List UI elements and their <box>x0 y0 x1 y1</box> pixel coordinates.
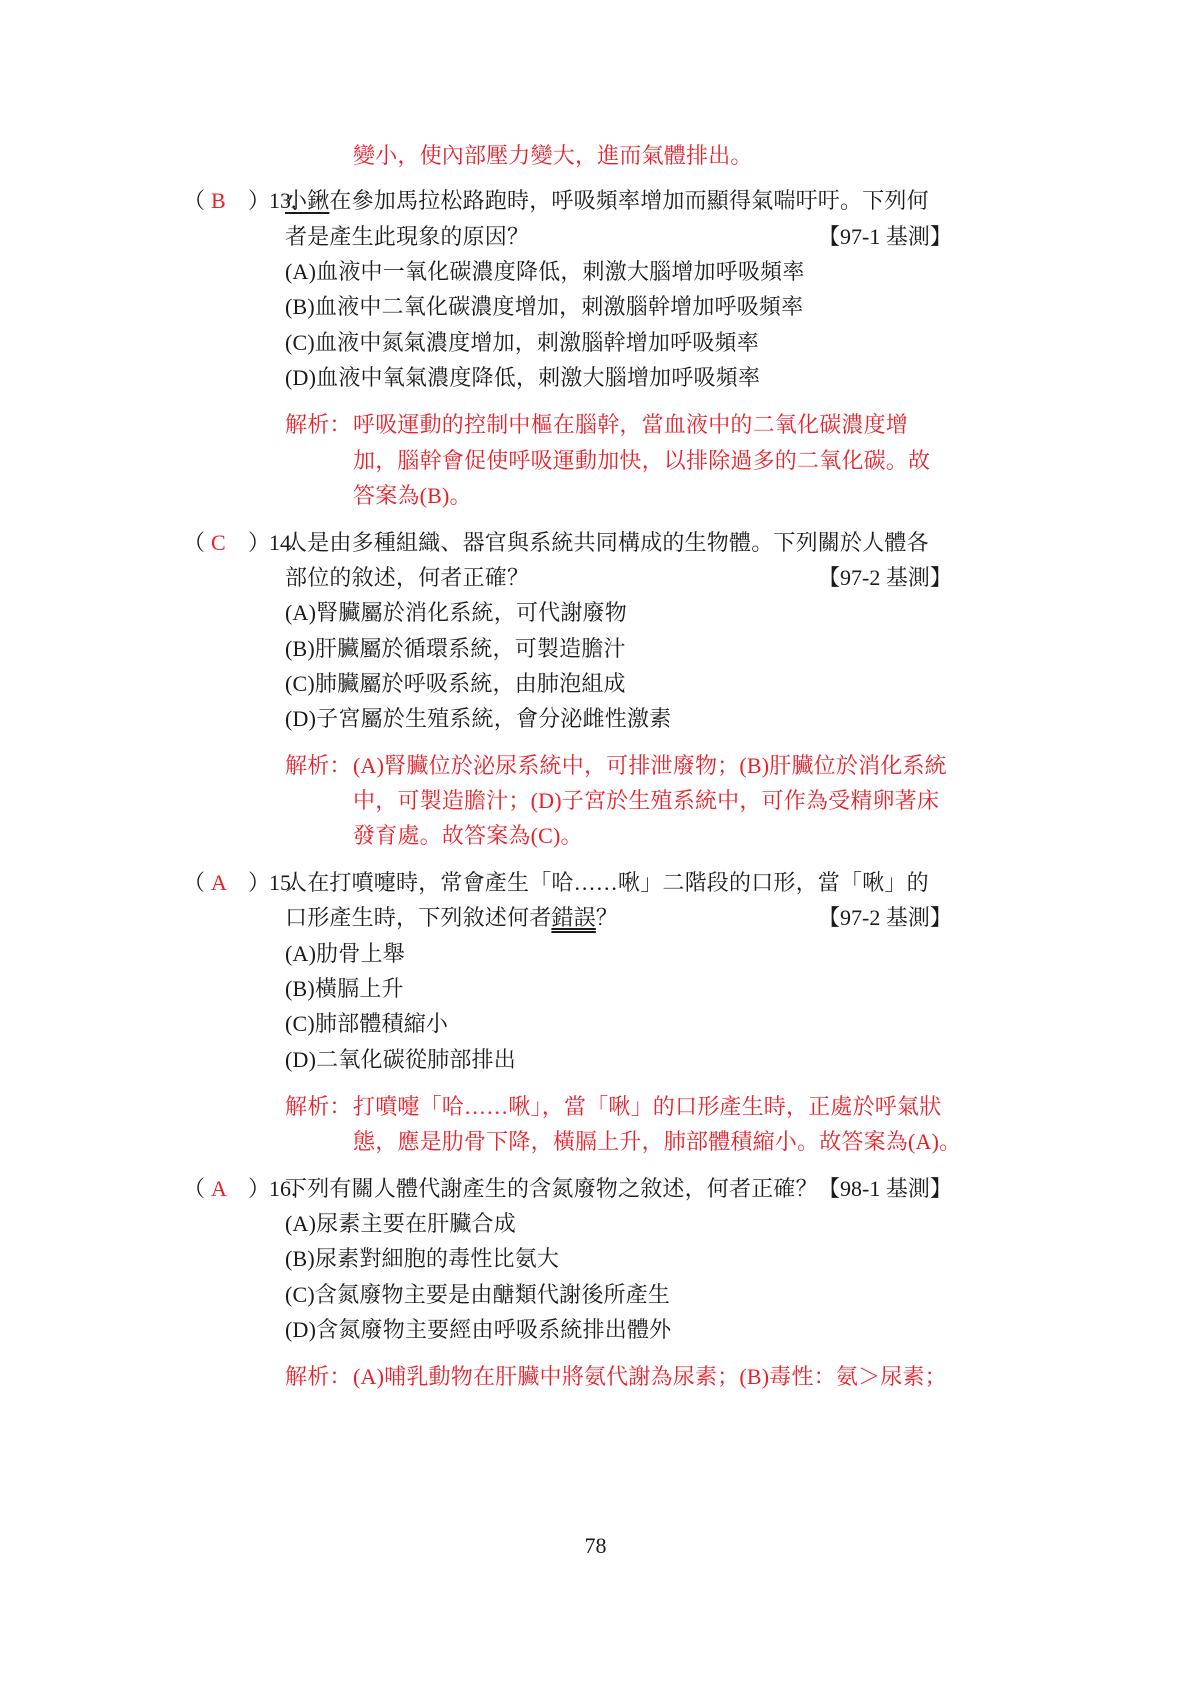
question-15-explanation-line1: 打噴嚏「哈……啾」，當「啾」的口形產生時，正處於呼氣狀 <box>353 1092 941 1122</box>
question-13-option-b: (B)血液中二氧化碳濃度增加，刺激腦幹增加呼吸頻率 <box>285 292 803 322</box>
question-14-header: （ C ） 14. <box>183 528 293 558</box>
underlined-name: 小鍬 <box>285 188 329 213</box>
question-15-stem-line1: 人在打噴嚏時，常會產生「哈……啾」二階段的口形，當「啾」的 <box>285 868 929 898</box>
question-14-stem-line1: 人是由多種組織、器官與系統共同構成的生物體。下列關於人體各 <box>285 528 929 558</box>
question-14-explanation-line2: 中，可製造膽汁；(D)子宮於生殖系統中，可作為受精卵著床 <box>353 786 939 816</box>
paren-open: （ <box>183 1174 205 1204</box>
question-13-stem-line1: 小鍬在參加馬拉松路跑時，呼吸頻率增加而顯得氣喘吁吁。下列何 <box>285 186 929 216</box>
question-15-option-a: (A)肋骨上舉 <box>285 939 405 969</box>
question-16-option-c: (C)含氮廢物主要是由醣類代謝後所產生 <box>285 1280 670 1310</box>
question-13-explanation-line3: 答案為(B)。 <box>353 481 472 511</box>
paren-open: （ <box>183 186 205 216</box>
emphasis-wrong: 錯誤 <box>551 905 595 930</box>
paren-open: （ <box>183 528 205 558</box>
document-page: 變小，使內部壓力變大，進而氣體排出。 （ B ） 13. 小鍬在參加馬拉松路跑時… <box>0 0 1191 1684</box>
question-16-stem-line1: 下列有關人體代謝產生的含氮廢物之敘述，何者正確？ <box>285 1174 818 1204</box>
question-14-explanation-line3: 發育處。故答案為(C)。 <box>353 821 583 851</box>
question-16-header: （ A ） 16. <box>183 1174 293 1204</box>
question-16-explanation-line1: (A)哺乳動物在肝臟中將氨代謝為尿素；(B)毒性：氨＞尿素； <box>353 1362 947 1392</box>
question-14-source: 【97-2 基測】 <box>818 563 952 593</box>
question-13-header: （ B ） 13. <box>183 186 293 216</box>
stem-text: 在參加馬拉松路跑時，呼吸頻率增加而顯得氣喘吁吁。下列何 <box>329 188 928 213</box>
paren-close: ） <box>248 868 270 898</box>
question-14-option-a: (A)腎臟屬於消化系統，可代謝廢物 <box>285 598 627 628</box>
paren-close: ） <box>248 1174 270 1204</box>
question-13-option-d: (D)血液中氧氣濃度降低，刺激大腦增加呼吸頻率 <box>285 363 760 393</box>
question-15-explanation-line2: 態，應是肋骨下降，橫膈上升，肺部體積縮小。故答案為(A)。 <box>353 1127 961 1157</box>
question-16-option-b: (B)尿素對細胞的毒性比氨大 <box>285 1244 559 1274</box>
question-13-explanation-label: 解析： <box>285 410 352 440</box>
paren-open: （ <box>183 868 205 898</box>
question-14-option-d: (D)子宮屬於生殖系統，會分泌雌性激素 <box>285 704 671 734</box>
page-number: 78 <box>0 1531 1191 1561</box>
stem-text: ？ <box>596 905 618 930</box>
question-15-option-c: (C)肺部體積縮小 <box>285 1009 448 1039</box>
answer-letter: C <box>211 528 226 558</box>
question-16-option-d: (D)含氮廢物主要經由呼吸系統排出體外 <box>285 1315 671 1345</box>
question-14-explanation-label: 解析： <box>285 751 352 781</box>
question-15-header: （ A ） 15. <box>183 868 293 898</box>
answer-letter: B <box>211 186 226 216</box>
question-13-explanation-line2: 加，腦幹會促使呼吸運動加快，以排除過多的二氧化碳。故 <box>353 446 930 476</box>
question-13-option-a: (A)血液中一氧化碳濃度降低，刺激大腦增加呼吸頻率 <box>285 257 805 287</box>
carryover-explanation: 變小，使內部壓力變大，進而氣體排出。 <box>353 141 753 171</box>
question-16-option-a: (A)尿素主要在肝臟合成 <box>285 1209 516 1239</box>
question-14-option-b: (B)肝臟屬於循環系統，可製造膽汁 <box>285 634 626 664</box>
question-15-explanation-label: 解析： <box>285 1092 352 1122</box>
answer-letter: A <box>211 1174 227 1204</box>
question-14-explanation-line1: (A)腎臟位於泌尿系統中，可排泄廢物；(B)肝臟位於消化系統 <box>353 751 947 781</box>
question-14-stem-line2: 部位的敘述，何者正確？ <box>285 563 529 593</box>
question-15-option-d: (D)二氧化碳從肺部排出 <box>285 1045 516 1075</box>
question-14-option-c: (C)肺臟屬於呼吸系統，由肺泡組成 <box>285 669 626 699</box>
question-15-stem-line2: 口形產生時，下列敘述何者錯誤？ <box>285 903 618 933</box>
question-13-explanation-line1: 呼吸運動的控制中樞在腦幹，當血液中的二氧化碳濃度增 <box>353 410 908 440</box>
question-13-option-c: (C)血液中氮氣濃度增加，刺激腦幹增加呼吸頻率 <box>285 328 759 358</box>
question-15-option-b: (B)橫膈上升 <box>285 974 404 1004</box>
question-15-source: 【97-2 基測】 <box>818 903 952 933</box>
question-16-explanation-label: 解析： <box>285 1362 352 1392</box>
paren-close: ） <box>248 528 270 558</box>
answer-letter: A <box>211 868 227 898</box>
paren-close: ） <box>248 186 270 216</box>
question-13-stem-line2: 者是產生此現象的原因？ <box>285 222 529 252</box>
question-13-source: 【97-1 基測】 <box>818 222 952 252</box>
stem-text: 口形產生時，下列敘述何者 <box>285 905 551 930</box>
question-16-source: 【98-1 基測】 <box>818 1174 952 1204</box>
